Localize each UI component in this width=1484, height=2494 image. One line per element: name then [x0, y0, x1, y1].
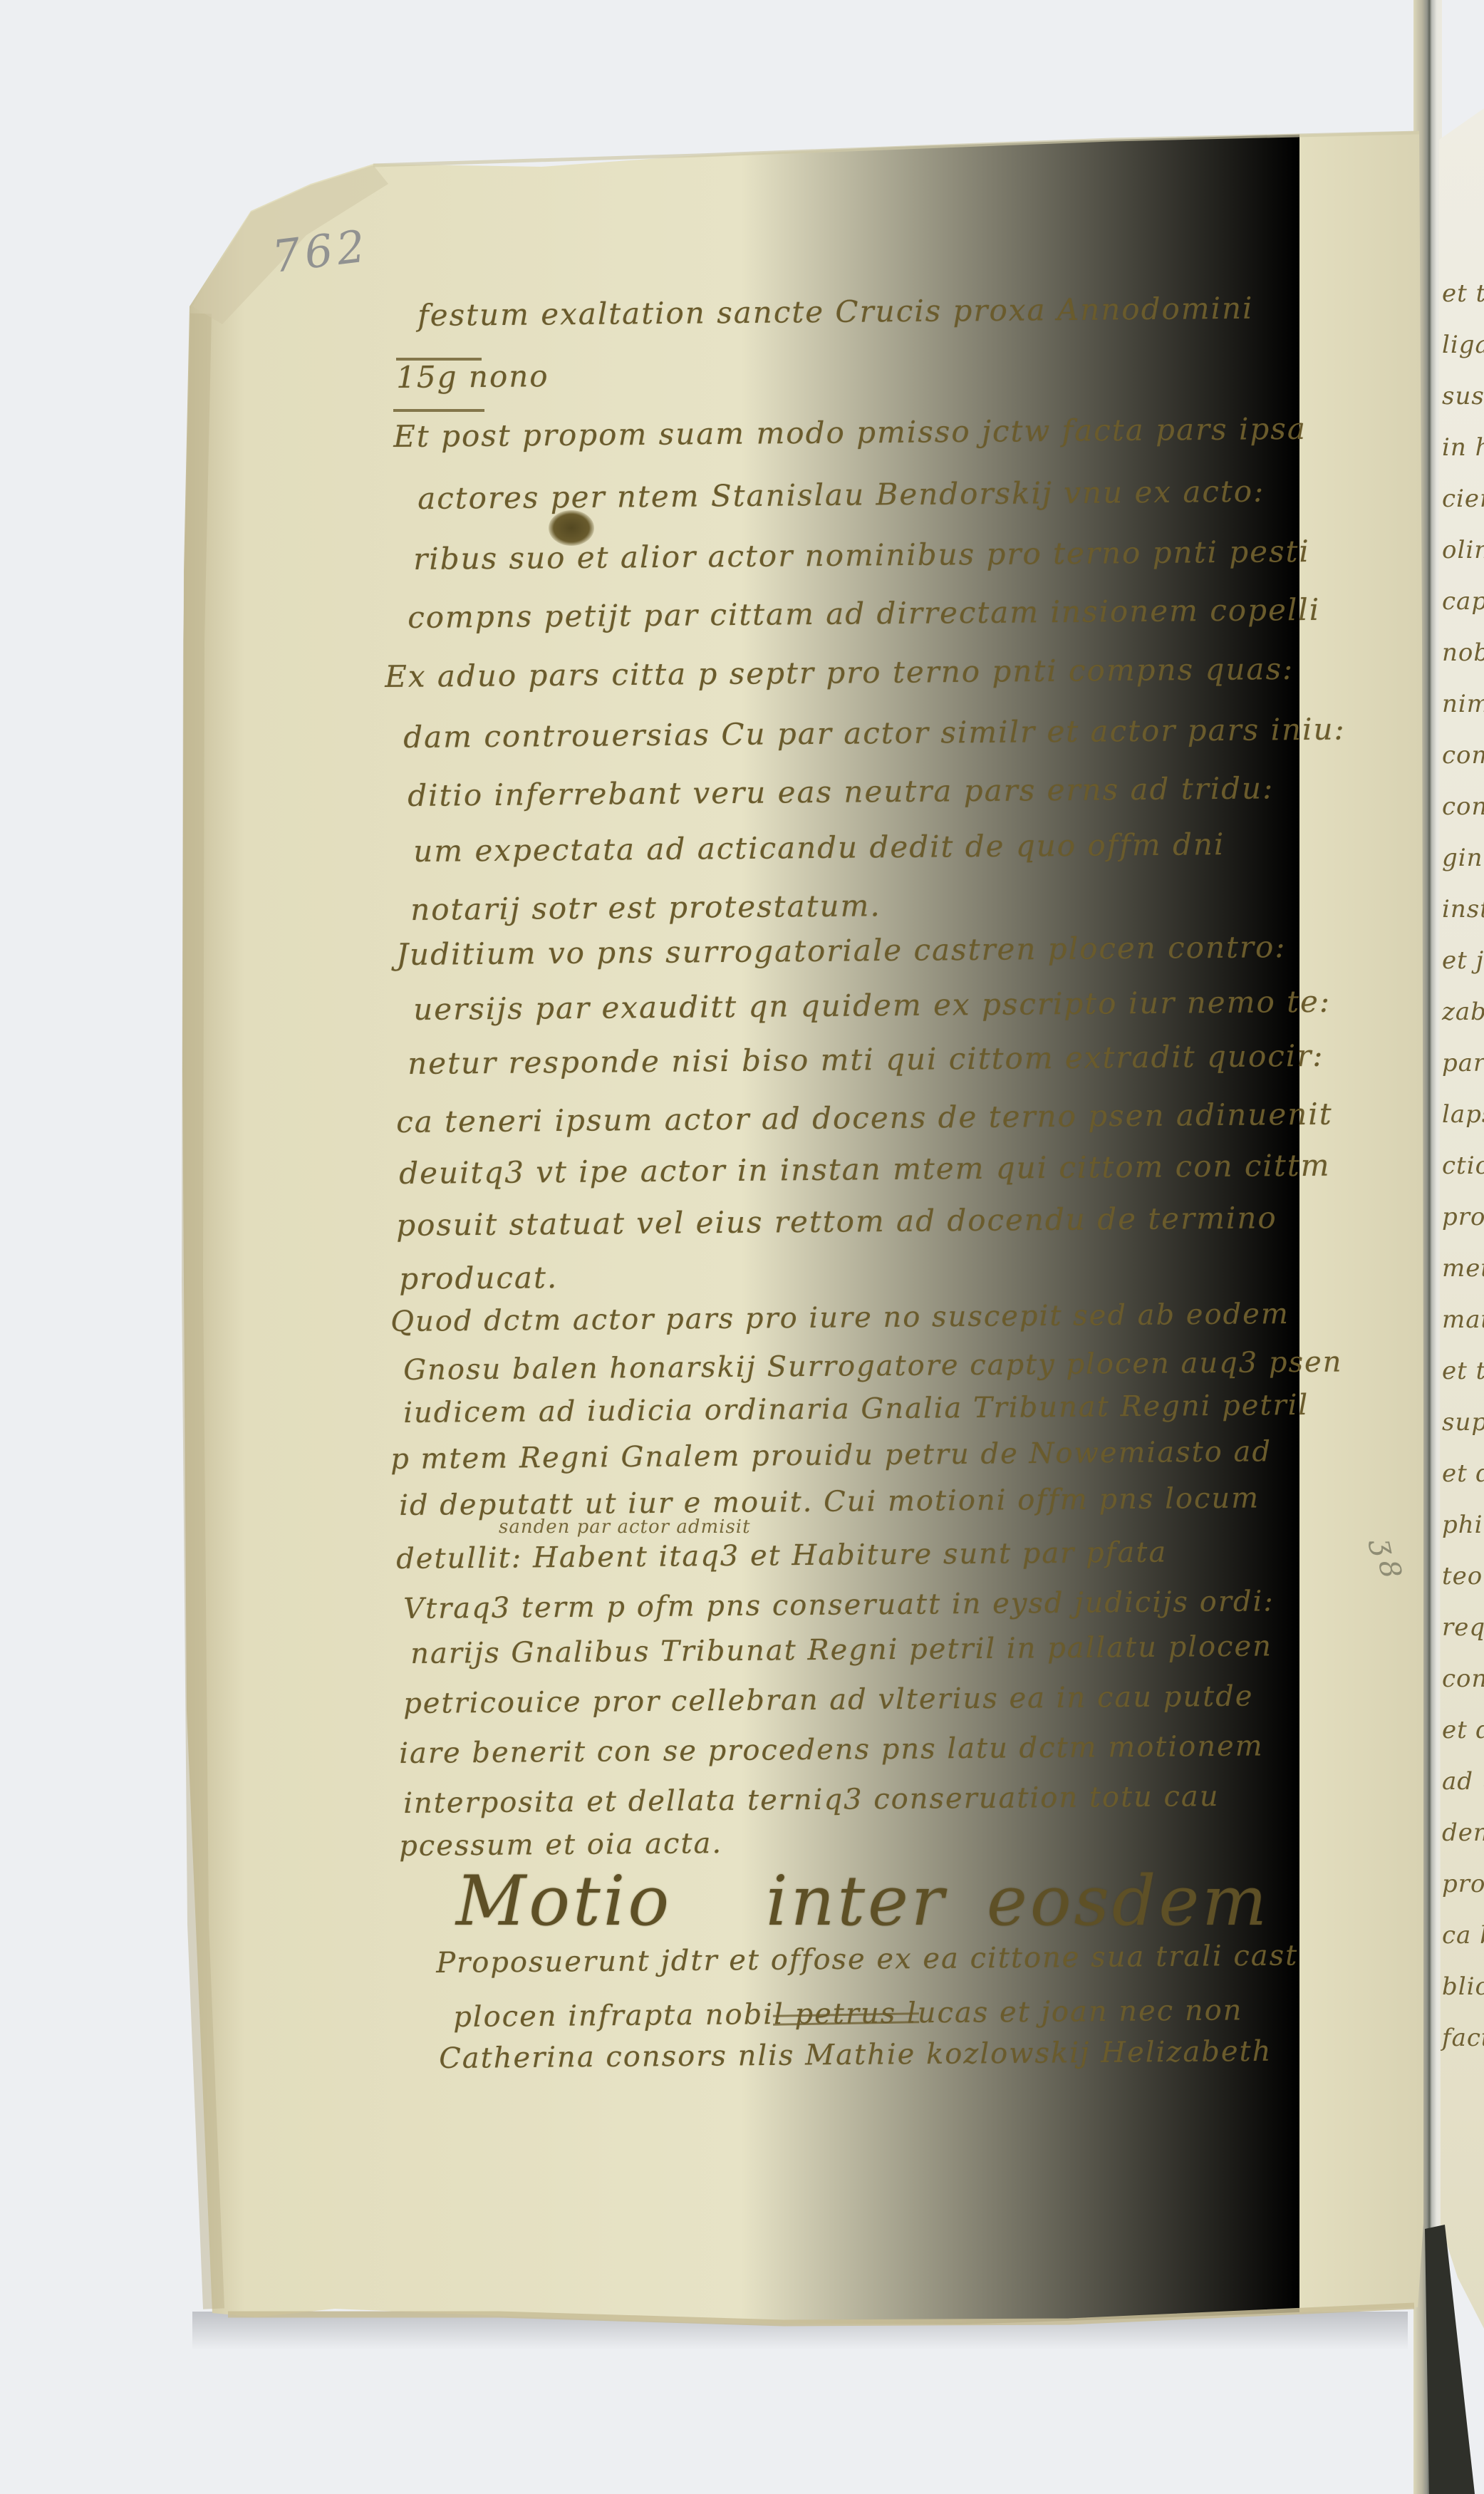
section-heading-word-2: inter [766, 1861, 947, 1941]
manuscript-line: Vtraq3 term p ofm pns conseruatt in eysd… [403, 1585, 1275, 1625]
text-layer: 762 festum exaltation sancte Crucis prox… [0, 0, 1484, 2494]
manuscript-line: uersijs par exauditt qn quidem ex pscrip… [413, 984, 1331, 1027]
facing-page-fragment: sus nt [1442, 382, 1484, 410]
manuscript-line: p mtem Regni Gnalem prouidu petru de Now… [390, 1435, 1272, 1476]
facing-page-fragment: paren [1442, 1049, 1484, 1077]
facing-page-fragment: teor [1442, 1562, 1484, 1590]
section-heading-word-1: Motio [456, 1861, 672, 1941]
facing-page-fragment: procla [1442, 1870, 1484, 1898]
section-heading-word-3: eosdem [987, 1861, 1270, 1941]
manuscript-line: compns petijt par cittam ad dirrectam in… [408, 592, 1320, 635]
margin-show-through: ʒ8 [1367, 1536, 1408, 1587]
facing-page-fragment: cien e [1442, 485, 1484, 513]
manuscript-line: deuitq3 vt ipe actor in instan mtem qui … [399, 1148, 1331, 1191]
manuscript-line: detullit: Habent itaq3 et Habiture sunt … [396, 1536, 1167, 1575]
manuscript-line: producat. [399, 1260, 558, 1296]
interline-insertion-note: sanden par actor admisit [499, 1516, 751, 1538]
manuscript-line: um expectata ad acticandu dedit de quo o… [413, 827, 1225, 869]
facing-page-fragment: et te [1442, 279, 1484, 308]
facing-page-fragment: nobis [1442, 638, 1484, 667]
manuscript-line: festum exaltation sancte Crucis proxa An… [417, 291, 1254, 333]
facing-page-fragment: ctione [1442, 1152, 1484, 1180]
manuscript-line: Quod dctm actor pars pro iure no suscepi… [390, 1298, 1290, 1338]
facing-page-fragment: super [1442, 1408, 1484, 1437]
facing-page-fragment: in hd [1442, 433, 1484, 462]
manuscript-line: 15g nono [396, 358, 549, 395]
manuscript-line: netur responde nisi biso mti qui cittom … [408, 1038, 1324, 1081]
facing-page-fragment: et joan [1442, 946, 1484, 975]
facing-page-fragment: metus [1442, 1254, 1484, 1283]
year-underline [393, 409, 484, 412]
facing-page-fragment: olin g [1442, 536, 1484, 564]
facing-page-fragment: requisi [1442, 1613, 1484, 1642]
manuscript-line: Ex aduo pars citta p septr pro terno pnt… [385, 651, 1294, 694]
facing-page-fragment: dends [1442, 1818, 1484, 1847]
facing-page-fragment: liga [1442, 331, 1484, 359]
facing-page-fragment: capti [1442, 587, 1484, 616]
manuscript-line: ribus suo et alior actor nominibus pro t… [413, 534, 1310, 576]
manuscript-line: notarij sotr est protestatum. [410, 888, 881, 927]
manuscript-line: pcessum et oia acta. [399, 1827, 722, 1863]
manuscript-line: interposita et dellata terniq3 conseruat… [403, 1780, 1220, 1820]
manuscript-line: Et post propom suam modo pmisso jctw fac… [393, 411, 1307, 454]
manuscript-line: Gnosu balen honarskij Surrogatore capty … [403, 1345, 1343, 1387]
manuscript-line: posuit statuat vel eius rettom ad docend… [396, 1200, 1277, 1243]
manuscript-line: actores per ntem Stanislau Bendorskij vn… [417, 474, 1265, 516]
manuscript-line: Juditium vo pns surrogatoriale castren p… [396, 929, 1287, 972]
facing-page-fragment: ca bon [1442, 1921, 1484, 1950]
manuscript-line: iare benerit con se procedens pns latu d… [399, 1729, 1264, 1770]
manuscript-line: ditio inferrebant veru eas neutra pars e… [408, 770, 1274, 813]
facing-page-fragment: pro e [1442, 1203, 1484, 1231]
folio-number-pencil: 762 [269, 219, 372, 283]
facing-page-fragment: zabeth [1442, 998, 1484, 1026]
facing-page-fragment: factio [1442, 2024, 1484, 2052]
facing-page-fragment: ad qu [1442, 1767, 1484, 1796]
manuscript-line: Catherina consors nlis Mathie kozlowskij… [439, 2035, 1272, 2075]
facing-page-fragment: nimis [1442, 690, 1484, 718]
facing-page-fragment: et tb [1442, 1357, 1484, 1385]
manuscript-scan: 762 festum exaltation sancte Crucis prox… [0, 0, 1484, 2494]
facing-page-fragment: philipi [1442, 1511, 1484, 1539]
facing-page-fragment: matio [1442, 1305, 1484, 1334]
facing-page-fragment: compe [1442, 741, 1484, 770]
facing-page-fragment: conso [1442, 792, 1484, 821]
manuscript-line: dam controuersias Cu par actor similr et… [403, 711, 1346, 755]
facing-page-fragment: blication [1442, 1972, 1484, 2001]
facing-page-fragment: gin fi [1442, 844, 1484, 872]
manuscript-line: iudicem ad iudicia ordinaria Gnalia Trib… [403, 1389, 1309, 1429]
facing-page-fragment: et ded [1442, 1459, 1484, 1488]
facing-page-fragment: conue [1442, 1665, 1484, 1693]
manuscript-line: petricouice pror cellebran ad vlterius e… [403, 1680, 1254, 1720]
manuscript-line: Proposuerunt jdtr et offose ex ea citton… [436, 1939, 1298, 1980]
facing-page-fragment: instigor [1442, 895, 1484, 923]
ink-blot [549, 510, 594, 546]
facing-page-fragment: et de H [1442, 1716, 1484, 1744]
manuscript-line: narijs Gnalibus Tribunat Regni petril in… [410, 1630, 1272, 1670]
manuscript-line: ca teneri ipsum actor ad docens de terno… [396, 1097, 1333, 1139]
year-overline [396, 358, 482, 361]
facing-page-fragment: lapsu [1442, 1100, 1484, 1129]
